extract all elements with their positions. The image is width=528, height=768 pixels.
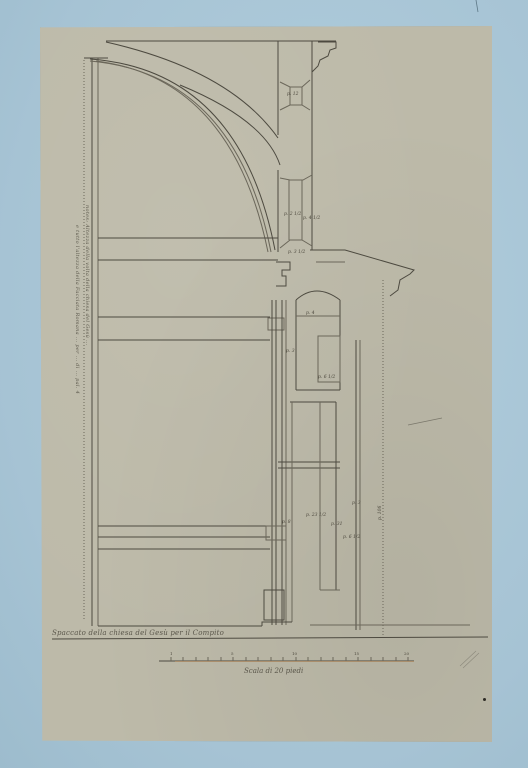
dim-total-height: p. 106 [378, 506, 383, 520]
scale-tick-label: 10 [292, 651, 297, 656]
scale-tick-label: 1 [170, 651, 173, 656]
dim-lower-height: p. 31 [331, 522, 342, 527]
top-cornice-profile [312, 42, 336, 72]
margin-note-2: e tutto l'altezza della Facciata Romana … [74, 225, 80, 394]
dim-window-span: p. 6 1/2 [318, 375, 335, 380]
dim-right-wall: p. 3 [352, 501, 361, 506]
pencil-hatch-2 [463, 653, 479, 668]
main-cornice-profile [276, 262, 290, 286]
dim-column-cap: p. 8 [282, 520, 291, 525]
drawing-caption: Spaccato della chiesa del Gesù per il Co… [52, 629, 224, 637]
lantern-window-bottom [280, 105, 310, 110]
margin-note-1: notes: Altezza della volta della chiesa … [84, 205, 90, 346]
dim-upper-lantern: p. 12 [287, 92, 298, 97]
pencil-hatch-1 [460, 651, 476, 666]
scale-label: Scala di 20 piedi [244, 667, 303, 675]
inner-vault-arch-3 [96, 61, 268, 252]
dim-drum-base: p. 3 1/2 [288, 250, 305, 255]
dim-lower-span: p. 23 1/2 [306, 513, 326, 518]
dim-window-upper: p. 4 [306, 311, 315, 316]
pilaster-base [264, 590, 284, 620]
chapel-window-arch [296, 291, 340, 300]
inner-vault-arch-1 [90, 59, 275, 250]
lantern-window-top [280, 80, 310, 87]
scale-tick-label: 15 [354, 651, 359, 656]
ground-baseline [52, 637, 488, 639]
floor-step [262, 622, 292, 626]
pencil-stroke [408, 418, 442, 425]
dim-pilaster: p. 3 [286, 349, 295, 354]
inner-vault-arch-2 [90, 61, 271, 252]
scale-tick-label: 20 [404, 651, 409, 656]
mount-mark [476, 0, 478, 12]
drum-window-bottom [280, 240, 312, 248]
ink-dot-mark [483, 698, 486, 701]
scale-tick-label: 5 [231, 651, 234, 656]
dim-drum-side: p. 4 1/2 [303, 216, 320, 221]
dim-right-offset: p. 6 1/2 [343, 535, 360, 540]
drum-window-top [280, 175, 312, 180]
side-roof-profile [310, 250, 414, 296]
dim-drum-upper: p. 2 1/2 [284, 212, 301, 217]
scale-bar-ticks [171, 657, 408, 661]
